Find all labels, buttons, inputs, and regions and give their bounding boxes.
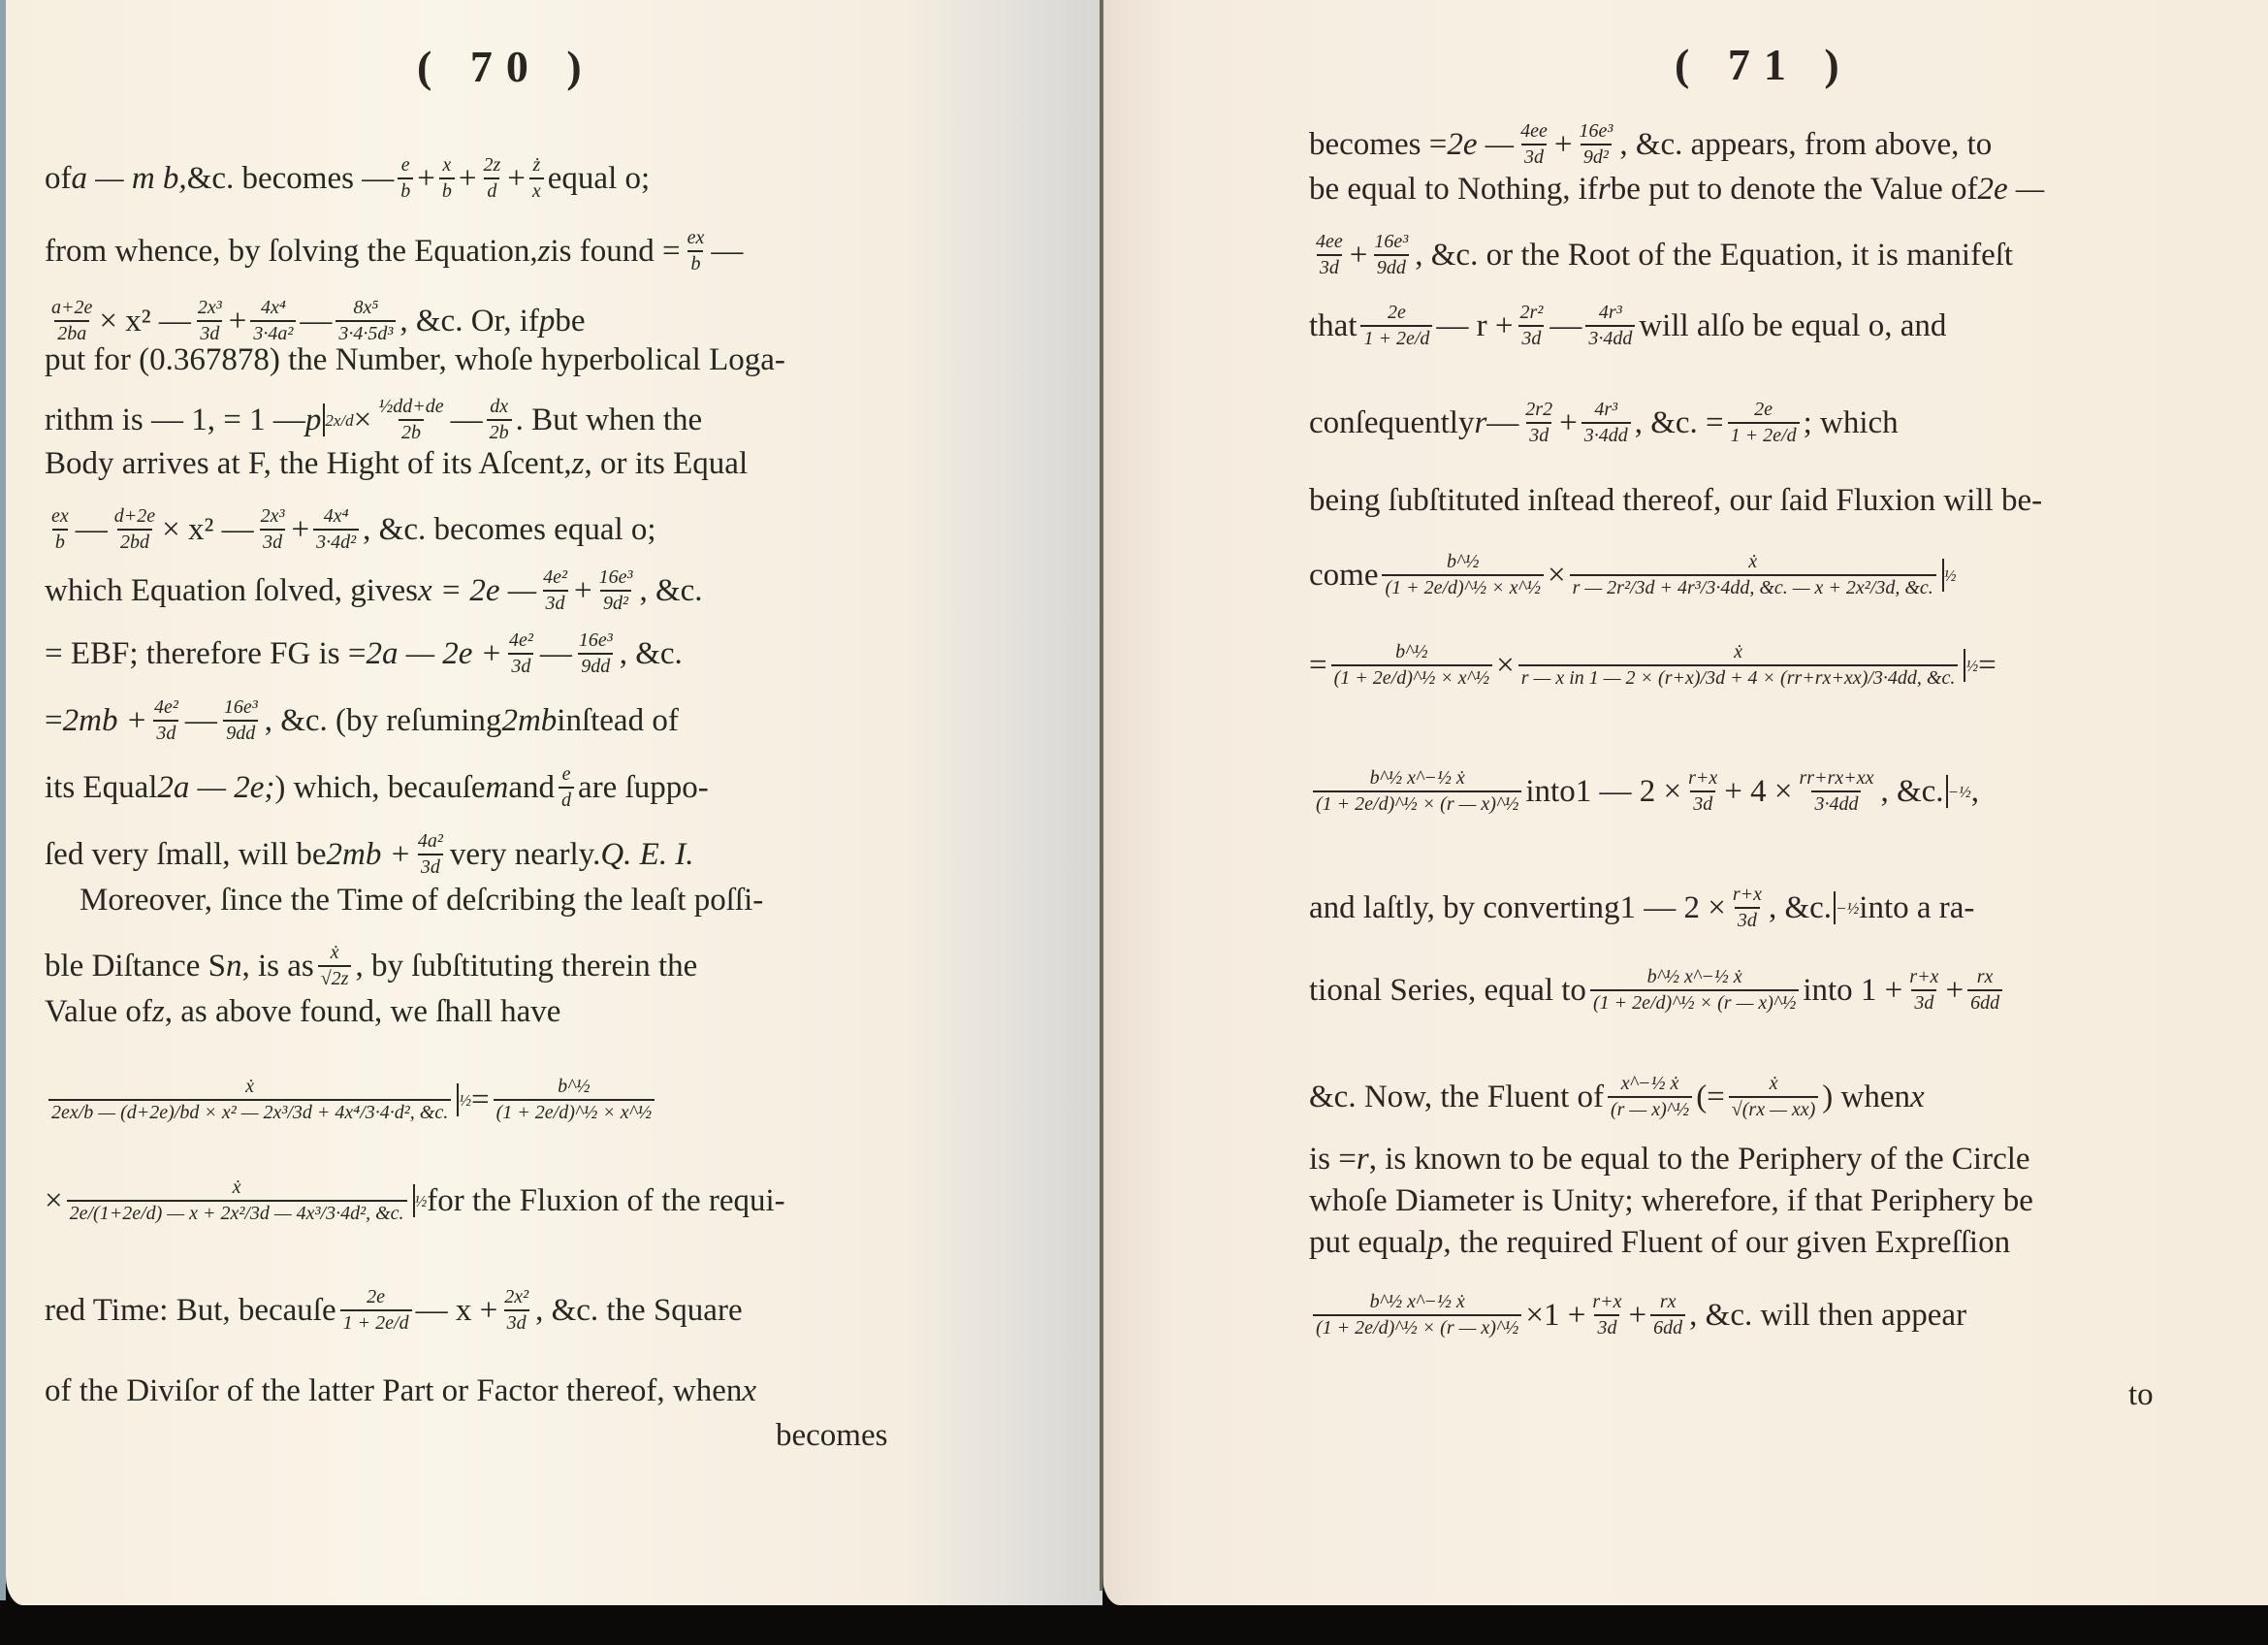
fraction: xb (439, 155, 455, 202)
text-run: &c. Now, the Fluent of (1309, 1081, 1604, 1113)
fraction: 2r²3d (1517, 303, 1547, 349)
numerator: 4a² (415, 831, 446, 854)
math-symbol: x = 2e — (418, 575, 536, 607)
numerator: 16e³ (1371, 232, 1411, 254)
denominator: (1 + 2e/d)^½ × x^½ (1382, 574, 1544, 598)
denominator: 3d (1690, 790, 1715, 815)
text-line: that 2e1 + 2e/d — r + 2r²3d — 4r³3·4dd w… (1309, 303, 1946, 349)
denominator: 3d (1521, 144, 1547, 168)
text-run: whoſe Diameter is Unity; wherefore, if t… (1309, 1185, 2033, 1217)
numerator: 4x⁴ (258, 298, 289, 320)
page-number-70: ( 70 ) (417, 41, 595, 92)
fraction: żx (529, 155, 544, 202)
text-run: tional Series, equal to (1309, 975, 1586, 1007)
denominator: 3d (504, 1309, 529, 1334)
math-symbol: n (226, 951, 242, 983)
text-line: be equal to Nothing, if r be put to deno… (1309, 174, 2044, 206)
text-run: — (185, 705, 217, 737)
denominator: 2e/(1+2e/d) — x + 2x²/3d — 4x³/3·4d², &c… (67, 1200, 407, 1224)
text-run: is = (1309, 1144, 1357, 1176)
text-run: 1 + (1544, 1300, 1585, 1332)
text-run: + (1629, 1300, 1647, 1332)
text-run: + (1559, 407, 1578, 439)
fraction: ẋ√2z (318, 943, 352, 989)
text-run: which Equation ſolved, gives (45, 575, 418, 607)
fraction: 4a²3d (415, 831, 446, 878)
numerator: ẋ (1731, 642, 1745, 664)
numerator: 2e (364, 1287, 388, 1309)
denominator: 3d (153, 720, 178, 744)
fraction: a+2e2ba (48, 298, 95, 344)
text-run: and laſtly, by converting (1309, 892, 1619, 924)
text-line: ble Diſtance Sn, is as ẋ√2z, by ſubſtitu… (45, 943, 697, 989)
text-run: + 4 × (1724, 776, 1792, 808)
denominator: 2b (399, 419, 424, 443)
text-run: + (292, 514, 310, 546)
numerator: ex (685, 228, 708, 250)
denominator: 1 + 2e/d (1728, 422, 1800, 446)
numerator: 2x² (501, 1287, 531, 1309)
denominator: 2ba (54, 320, 89, 344)
fraction: ẋ2ex/b — (d+2e)/bd × x² — 2x³/3d + 4x⁴/3… (48, 1077, 451, 1123)
numerator: 4x⁴ (321, 506, 352, 529)
math-symbol: p (1427, 1227, 1444, 1259)
text-run: , &c. (by reſuming (265, 705, 502, 737)
fraction: r+x3d (1589, 1292, 1624, 1339)
fraction: ẋr — x in 1 — 2 × (r+x)/3d + 4 × (rr+rx+… (1518, 642, 1959, 689)
text-run: × (45, 1185, 63, 1217)
exponent: ½ (1944, 567, 1957, 584)
text-run: put equal (1309, 1227, 1427, 1259)
text-run: 1 — 2 × (1619, 892, 1725, 924)
numerator: 2e (1751, 400, 1775, 422)
text-run: of (45, 163, 72, 195)
denominator: 2b (487, 419, 512, 443)
text-run: &c. becomes — (187, 163, 395, 195)
numerator: ex (48, 506, 72, 529)
numerator: 4ee (1313, 232, 1346, 254)
denominator: 6dd (1650, 1314, 1685, 1339)
fraction: 2e1 + 2e/d (1360, 303, 1432, 349)
text-line: = EBF; therefore FG is = 2a — 2e + 4e²3d… (45, 630, 683, 677)
numerator: b^½ (555, 1077, 592, 1099)
text-run: , by ſubſtituting therein the (355, 951, 697, 983)
text-run: + (1554, 129, 1573, 161)
book-spread: ( 70 ) of a — m b, &c. becomes — eb + xb… (0, 0, 2268, 1605)
text-run: , is known to be equal to the Periphery … (1369, 1144, 2030, 1176)
right-page: ( 71 ) becomes = 2e — 4ee3d + 16e³9d², &… (1102, 0, 2268, 1605)
math-symbol: m (486, 772, 509, 804)
math-symbol: r (1474, 407, 1486, 439)
text-run: — (300, 306, 332, 338)
text-run: Body arrives at F, the Hight of its Aſce… (45, 448, 572, 480)
math-symbol: p (539, 306, 556, 338)
text-run: + (229, 306, 247, 338)
numerator: d+2e (112, 506, 158, 529)
denominator: 9dd (1374, 254, 1409, 278)
text-run: becomes = (1309, 129, 1447, 161)
math-symbol: 2mb + (63, 705, 147, 737)
denominator: 9d² (600, 590, 631, 614)
text-run: × (354, 404, 372, 436)
numerator: ẋ (328, 943, 342, 965)
fraction: 8x⁵3·4·5d³ (335, 298, 396, 344)
numerator: rx (1657, 1292, 1679, 1314)
text-run: , &c. Or, if (399, 306, 538, 338)
text-line: to (2128, 1379, 2154, 1411)
math-symbol: z (152, 996, 165, 1028)
text-line: is = r, is known to be equal to the Peri… (1309, 1144, 2030, 1176)
denominator: b (52, 529, 68, 553)
text-line: red Time: But, becauſe 2e1 + 2e/d — x + … (45, 1287, 743, 1334)
text-run: × (1496, 650, 1515, 682)
numerator: 16e³ (596, 567, 636, 590)
numerator: b^½ x^−½ ẋ (1367, 768, 1468, 790)
fraction: 4e²3d (151, 697, 181, 744)
text-line: exb — d+2e2bd × x² — 2x³3d + 4x⁴3·4d², &… (45, 506, 656, 553)
fraction: exb (685, 228, 708, 274)
text-line: of the Diviſor of the latter Part or Fac… (45, 1375, 756, 1407)
text-run: ) which, becauſe (274, 772, 485, 804)
text-run: , &c. becomes equal o; (363, 514, 655, 546)
text-run: , &c. the Square (535, 1295, 743, 1327)
denominator: 3d (543, 590, 568, 614)
numerator: 2x³ (258, 506, 288, 529)
gutter (1100, 0, 1103, 1591)
denominator: 6dd (1967, 989, 2002, 1014)
fraction: b^½(1 + 2e/d)^½ × x^½ (494, 1077, 655, 1123)
text-run: , &c. (639, 575, 702, 607)
text-run: , &c. appears, from above, to (1619, 129, 1992, 161)
numerator: 2x³ (195, 298, 225, 320)
fraction: ed (559, 764, 574, 811)
text-run: are ſuppo- (578, 772, 709, 804)
text-run: + (574, 575, 592, 607)
text-line: and laſtly, by converting 1 — 2 × r+x3d,… (1309, 885, 1974, 931)
denominator: r — x in 1 — 2 × (r+x)/3d + 4 × (rr+rx+x… (1518, 664, 1959, 689)
denominator: (1 + 2e/d)^½ × (r — x)^½ (1313, 1314, 1521, 1339)
fraction: exb (48, 506, 72, 553)
text-run: = (471, 1084, 490, 1116)
denominator: d (559, 787, 574, 811)
fraction: b^½ x^−½ ẋ(1 + 2e/d)^½ × (r — x)^½ (1590, 967, 1799, 1014)
numerator: 4e² (151, 697, 181, 720)
denominator: 3d (1594, 1314, 1619, 1339)
fraction: 4x⁴3·4a² (250, 298, 296, 344)
denominator: 3·4d² (313, 529, 359, 553)
math-symbol: 2e — (1447, 129, 1514, 161)
denominator: b (687, 250, 703, 274)
text-line: &c. Now, the Fluent of x^−½ ẋ(r — x)^½ (… (1309, 1074, 1925, 1120)
math-symbol: 2e — (1978, 174, 2045, 206)
fraction: 16e³9dd (1371, 232, 1411, 278)
fraction: r+x3d (1685, 768, 1720, 815)
text-run: ble Diſtance S (45, 951, 226, 983)
numerator: ẋ (1745, 552, 1760, 574)
text-line: = b^½(1 + 2e/d)^½ × x^½ × ẋr — x in 1 — … (1309, 642, 1996, 689)
numerator: 4e² (540, 567, 570, 590)
text-run: = EBF; therefore FG is = (45, 638, 366, 670)
text-run: . But when the (516, 404, 702, 436)
text-run: , as above found, we ſhall have (165, 996, 561, 1028)
text-run: becomes (776, 1420, 887, 1452)
text-run: — (76, 514, 108, 546)
denominator: 3d (260, 529, 285, 553)
text-run: 1 — 2 × (1576, 776, 1681, 808)
text-run: and (508, 772, 555, 804)
numerator: e (559, 764, 574, 787)
fraction: b^½ x^−½ ẋ(1 + 2e/d)^½ × (r — x)^½ (1313, 768, 1521, 815)
text-run: , the required Fluent of our given Expre… (1443, 1227, 2010, 1259)
text-run: + (1945, 975, 1964, 1007)
fraction: 4r³3·4dd (1585, 303, 1635, 349)
text-run: come (1309, 560, 1378, 592)
text-line: whoſe Diameter is Unity; wherefore, if t… (1309, 1185, 2033, 1217)
text-run: ſed very ſmall, will be (45, 839, 327, 871)
text-line: ſed very ſmall, will be 2mb + 4a²3d very… (45, 831, 694, 878)
text-run: — r + (1436, 310, 1513, 342)
text-run: × (1525, 1300, 1544, 1332)
fraction: 2x³3d (258, 506, 288, 553)
text-run: × (1548, 560, 1566, 592)
denominator: 3·4dd (1585, 325, 1635, 349)
denominator: (1 + 2e/d)^½ × x^½ (1331, 664, 1493, 689)
text-line: becomes = 2e — 4ee3d + 16e³9d², &c. appe… (1309, 121, 1992, 168)
text-run: rithm is — 1, = 1 — (45, 404, 305, 436)
numerator: ż (529, 155, 543, 177)
fraction: rx6dd (1967, 967, 2002, 1014)
fraction: ½dd+de2b (375, 397, 446, 443)
text-line: b^½ x^−½ ẋ(1 + 2e/d)^½ × (r — x)^½ into … (1309, 768, 1979, 815)
numerator: ẋ (1767, 1074, 1781, 1096)
denominator: √(rx — xx) (1729, 1096, 1819, 1120)
text-run: into a ra- (1859, 892, 1974, 924)
exponent: 2x/d (325, 412, 353, 429)
text-line: of a — m b, &c. becomes — eb + xb + 2zd … (45, 155, 650, 202)
denominator: 3d (1526, 422, 1551, 446)
math-symbol: 2mb + (327, 839, 411, 871)
text-line: Moreover, ſince the Time of deſcribing t… (80, 885, 763, 917)
fraction: b^½(1 + 2e/d)^½ × x^½ (1331, 642, 1493, 689)
text-run: , &c. or the Root of the Equation, it is… (1415, 240, 2013, 272)
text-run: is found = (550, 236, 680, 268)
denominator: (r — x)^½ (1608, 1096, 1692, 1120)
fraction: rr+rx+xx3·4dd (1797, 768, 1877, 815)
text-run: into (1525, 776, 1575, 808)
denominator: 3·4dd (1581, 422, 1631, 446)
math-symbol: z (538, 236, 551, 268)
fraction: ẋr — 2r²/3d + 4r³/3·4dd, &c. — x + 2x²/3… (1570, 552, 1936, 598)
math-symbol: p (305, 404, 322, 436)
text-run: very nearly. (450, 839, 600, 871)
scan-background (0, 1605, 2268, 1645)
text-run: , (1971, 776, 1979, 808)
text-run: , &c. = (1635, 407, 1724, 439)
math-symbol: 2a — 2e; (157, 772, 274, 804)
denominator: 2bd (117, 529, 152, 553)
math-symbol: x (742, 1375, 756, 1407)
text-run: be (555, 306, 585, 338)
denominator: 3d (197, 320, 222, 344)
text-run: of the Diviſor of the latter Part or Fac… (45, 1375, 742, 1407)
text-line: b^½ x^−½ ẋ(1 + 2e/d)^½ × (r — x)^½ × 1 +… (1309, 1292, 1966, 1339)
fraction: 16e³9d² (1576, 121, 1615, 168)
numerator: b^½ (1392, 642, 1430, 664)
text-run: Moreover, ſince the Time of deſcribing t… (80, 885, 763, 917)
denominator: x (529, 177, 544, 202)
fraction: 4x⁴3·4d² (313, 506, 359, 553)
text-run: — x + (416, 1295, 498, 1327)
text-run: equal o; (548, 163, 650, 195)
text-run: , &c. (1769, 892, 1832, 924)
fraction: r+x3d (1730, 885, 1765, 931)
fraction: d+2e2bd (112, 506, 158, 553)
text-line: ẋ2ex/b — (d+2e)/bd × x² — 2x³/3d + 4x⁴/3… (45, 1077, 658, 1123)
numerator: b^½ x^−½ ẋ (1645, 967, 1745, 989)
text-run: ) when (1822, 1081, 1910, 1113)
denominator: 1 + 2e/d (1360, 325, 1432, 349)
exponent: ½ (1965, 658, 1978, 674)
text-run: red Time: But, becauſe (45, 1295, 336, 1327)
text-line: = 2mb + 4e²3d — 16e³9dd, &c. (by reſumin… (45, 697, 679, 744)
text-run: being ſubſtituted inſtead thereof, our ſ… (1309, 485, 2042, 517)
exponent: ½ (459, 1092, 471, 1109)
text-run: into 1 + (1803, 975, 1902, 1007)
numerator: 2e (1385, 303, 1409, 325)
numerator: 2r2 (1522, 400, 1555, 422)
text-line: come b^½(1 + 2e/d)^½ × x^½ × ẋr — 2r²/3d… (1309, 552, 1957, 598)
text-run: + (417, 163, 435, 195)
denominator: 9d² (1581, 144, 1612, 168)
numerator: 16e³ (221, 697, 261, 720)
text-run: + (459, 163, 477, 195)
text-run: — (451, 404, 483, 436)
text-run: , &c. will then appear (1689, 1300, 1966, 1332)
fraction: 2x³3d (195, 298, 225, 344)
text-run: — (540, 638, 572, 670)
numerator: r+x (1589, 1292, 1624, 1314)
text-run: will alſo be equal o, and (1639, 310, 1946, 342)
text-run: , &c. (620, 638, 683, 670)
fraction: 2zd (480, 155, 503, 202)
text-line: conſequently r — 2r23d + 4r³3·4dd, &c. =… (1309, 400, 1899, 446)
numerator: 2z (480, 155, 503, 177)
fraction: eb (398, 155, 413, 202)
denominator: 3d (508, 653, 533, 677)
numerator: x^−½ ẋ (1618, 1074, 1682, 1096)
numerator: rr+rx+xx (1797, 768, 1877, 790)
denominator: 3·4a² (250, 320, 296, 344)
text-run: that (1309, 310, 1357, 342)
denominator: 3d (1735, 907, 1760, 931)
text-run: (= (1696, 1081, 1725, 1113)
denominator: 3d (1317, 254, 1342, 278)
fraction: r+x3d (1906, 967, 1941, 1014)
fraction: ẋ√(rx — xx) (1729, 1074, 1819, 1120)
numerator: b^½ x^−½ ẋ (1367, 1292, 1468, 1314)
denominator: 1 + 2e/d (340, 1309, 412, 1334)
numerator: 16e³ (1576, 121, 1615, 144)
numerator: 4ee (1517, 121, 1550, 144)
exponent: ½ (415, 1193, 428, 1210)
text-line: rithm is — 1, = 1 — p2x/d × ½dd+de2b — d… (45, 397, 702, 443)
numerator: dx (487, 397, 511, 419)
numerator: 16e³ (576, 630, 616, 653)
text-line: tional Series, equal to b^½ x^−½ ẋ(1 + 2… (1309, 967, 2006, 1014)
math-symbol: Q. E. I. (600, 839, 693, 871)
fraction: 2r23d (1522, 400, 1555, 446)
fraction: 16e³9d² (596, 567, 636, 614)
denominator: d (484, 177, 499, 202)
fraction: 16e³9dd (576, 630, 616, 677)
text-run: be put to denote the Value of (1611, 174, 1978, 206)
text-run: , &c. (1880, 776, 1943, 808)
fraction: 4e²3d (506, 630, 536, 677)
denominator: 9dd (223, 720, 258, 744)
denominator: √2z (318, 965, 352, 989)
denominator: 3d (1911, 989, 1936, 1014)
text-run: put for (0.367878) the Number, whoſe hyp… (45, 344, 785, 376)
exponent: −½ (1836, 900, 1859, 917)
fraction: b^½ x^−½ ẋ(1 + 2e/d)^½ × (r — x)^½ (1313, 1292, 1521, 1339)
numerator: b^½ (1444, 552, 1482, 574)
denominator: (1 + 2e/d)^½ × (r — x)^½ (1590, 989, 1799, 1014)
numerator: 4r³ (1591, 400, 1620, 422)
denominator: (1 + 2e/d)^½ × (r — x)^½ (1313, 790, 1521, 815)
text-run: + (507, 163, 526, 195)
text-line: becomes (776, 1420, 887, 1452)
fraction: b^½(1 + 2e/d)^½ × x^½ (1382, 552, 1544, 598)
text-run: from whence, by ſolving the Equation, (45, 236, 538, 268)
text-run: inſtead of (557, 705, 679, 737)
text-line: being ſubſtituted inſtead thereof, our ſ… (1309, 485, 2042, 517)
math-symbol: 2mb (501, 705, 557, 737)
fraction: 2x²3d (501, 1287, 531, 1334)
denominator: b (439, 177, 455, 202)
text-run: × x² — (99, 306, 191, 338)
fraction: 4ee3d (1517, 121, 1550, 168)
numerator: ẋ (242, 1077, 257, 1099)
fraction: 4ee3d (1313, 232, 1346, 278)
numerator: 8x⁵ (350, 298, 381, 320)
numerator: 2r² (1517, 303, 1547, 325)
denominator: 3d (418, 854, 443, 878)
text-run: — (1486, 407, 1518, 439)
text-run: + (1350, 240, 1368, 272)
text-line: a+2e2ba × x² — 2x³3d + 4x⁴3·4a² — 8x⁵3·4… (45, 298, 586, 344)
math-symbol: 2a — 2e + (366, 638, 502, 670)
denominator: r — 2r²/3d + 4r³/3·4dd, &c. — x + 2x²/3d… (1570, 574, 1936, 598)
numerator: ẋ (230, 1177, 244, 1200)
text-run: , or its Equal (584, 448, 748, 480)
text-line: Value of z, as above found, we ſhall hav… (45, 996, 560, 1028)
denominator: (1 + 2e/d)^½ × x^½ (494, 1099, 655, 1123)
text-line: its Equal 2a — 2e;) which, becauſe m and… (45, 764, 709, 811)
text-line: 4ee3d + 16e³9dd, &c. or the Root of the … (1309, 232, 2013, 278)
text-run: to (2128, 1379, 2154, 1411)
numerator: x (439, 155, 454, 177)
text-line: put equal p, the required Fluent of our … (1309, 1227, 2010, 1259)
denominator: 9dd (578, 653, 613, 677)
fraction: 2e1 + 2e/d (1728, 400, 1800, 446)
text-run: for the Fluxion of the requi- (427, 1185, 784, 1217)
text-run: , is as (241, 951, 313, 983)
numerator: r+x (1685, 768, 1720, 790)
fraction: x^−½ ẋ(r — x)^½ (1608, 1074, 1692, 1120)
math-symbol: r (1357, 1144, 1369, 1176)
denominator: 3·4·5d³ (335, 320, 396, 344)
math-symbol: r (1598, 174, 1611, 206)
